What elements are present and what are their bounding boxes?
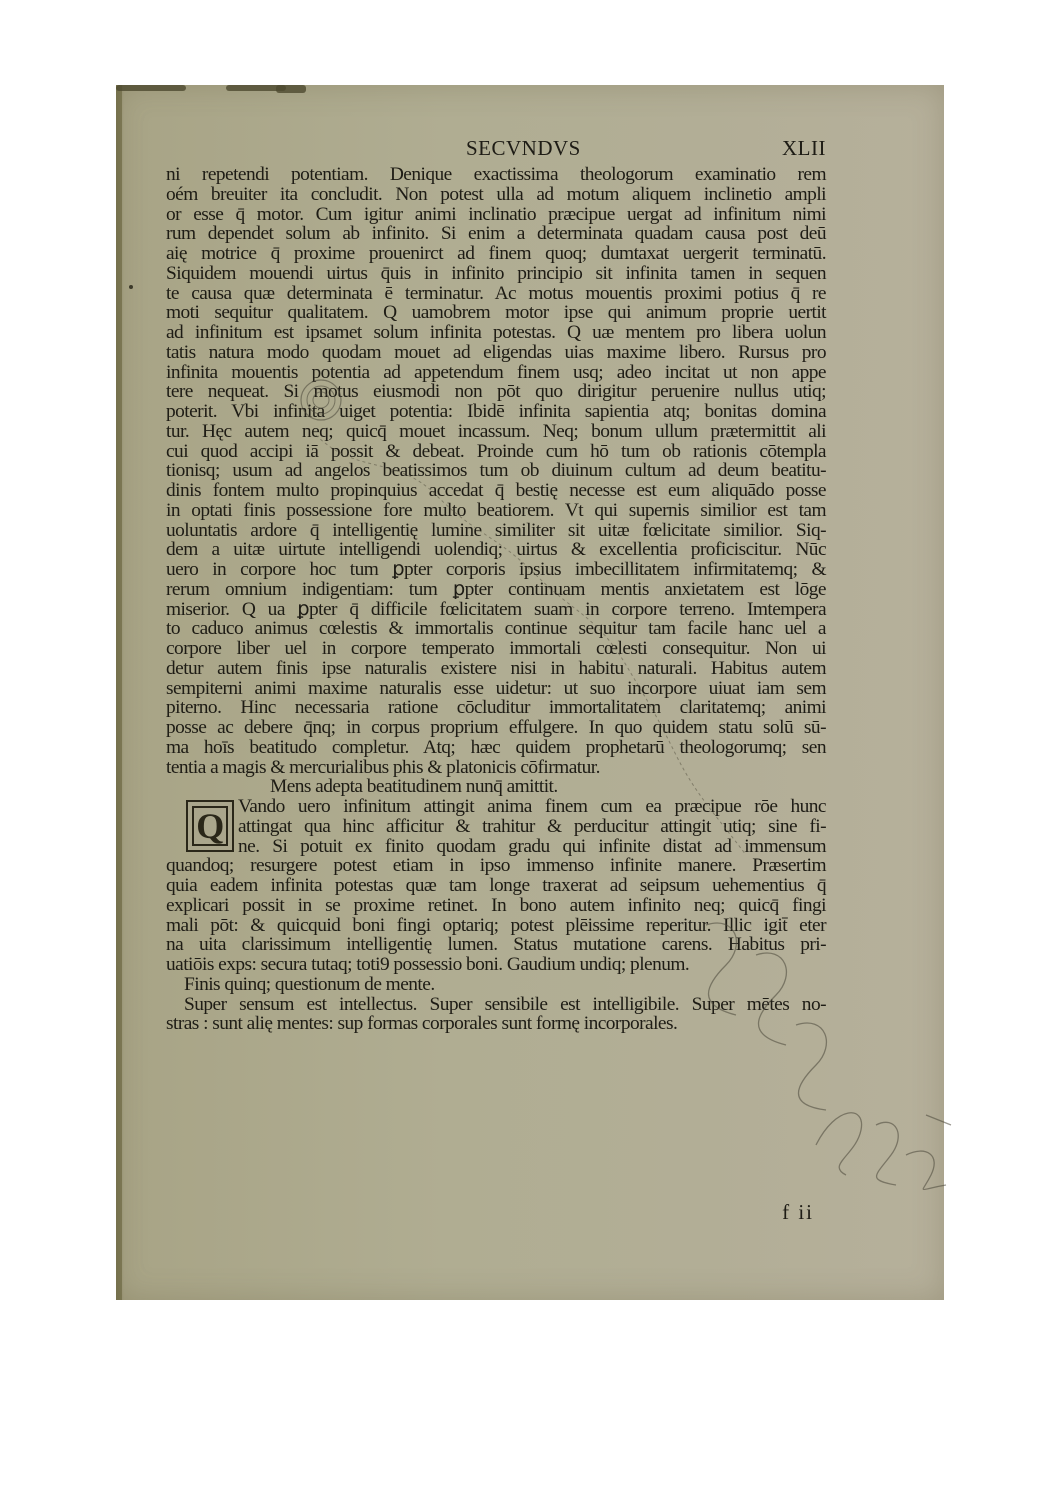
text-line: piterno. Hinc necessaria ratione cōcludi…	[166, 698, 826, 718]
text-line: ma hoīs beatitudo completur. Atq; hæc qu…	[166, 738, 826, 758]
text-line: aię motrice q̄ proxime prouenirct ad fin…	[166, 244, 826, 264]
text-line: rerum omnium indigentiam: tum ꝑpter cont…	[166, 580, 826, 600]
text-line: ne. Si potuit ex finito quodam gradu qui…	[166, 837, 826, 857]
scribble-annotation-icon	[806, 1085, 966, 1195]
text-line: to caduco animus cœlestis & immortalis c…	[166, 619, 826, 639]
text-line: uatiōis exps: secura tutaq; toti9 posses…	[166, 955, 826, 975]
text-line: or esse q̄ motor. Cum igitur animi incli…	[166, 205, 826, 225]
decorated-initial: Q	[186, 800, 234, 852]
binding-edge	[116, 85, 122, 1300]
text-line: explicari possit in se proxime retinet. …	[166, 896, 826, 916]
text-line: mali pōt: & quicquid boni fingi optariq;…	[166, 916, 826, 936]
text-line: dinis fontem multo propinquius accedat q…	[166, 481, 826, 501]
text-line: uero in corpore hoc tum ꝑpter corporis i…	[166, 560, 826, 580]
folio-number: XLII	[782, 139, 826, 159]
body-text: ni repetendi potentiam. Denique exactiss…	[166, 165, 826, 1034]
text-line: miserior. Q ua ꝑpter q̄ difficile fœlici…	[166, 600, 826, 620]
text-line: tatis natura modo quodam mouet ad eligen…	[166, 343, 826, 363]
text-line: Siquidem mouendi uirtus q̄uis in infinit…	[166, 264, 826, 284]
text-line: tur. Hęc autem neq; quicq̄ mouet incassu…	[166, 422, 826, 442]
text-line: ni repetendi potentiam. Denique exactiss…	[166, 165, 826, 185]
text-line: corpore liber uel in corpore temperato i…	[166, 639, 826, 659]
text-line: quia eadem infinita potestas quæ tam lon…	[166, 876, 826, 896]
text-line: ad infinitum est ipsamet solum infinita …	[166, 323, 826, 343]
text-line: moti sequitur qualitatem. Q uamobrem mot…	[166, 303, 826, 323]
text-line: uoluntatis ardore q̄ intelligentię lumin…	[166, 521, 826, 541]
margin-mark	[129, 285, 133, 289]
text-line: cui quod accipi iā possit & debeat. Proi…	[166, 442, 826, 462]
text-line: stras : sunt alię mentes: sup formas cor…	[166, 1014, 826, 1034]
text-line: Vando uero infinitum attingit anima fine…	[166, 797, 826, 817]
text-line: dem a uitæ uirtute intelligendi uolendiq…	[166, 540, 826, 560]
text-line: detur autem finis ipse naturalis exister…	[166, 659, 826, 679]
text-line: oém breuiter ita concludit. Non potest u…	[166, 185, 826, 205]
text-line: na uita clarissimum intelligentię lumen.…	[166, 935, 826, 955]
initial-frame: Q	[192, 806, 228, 846]
section-title: Mens adepta beatitudinem nunq̄ amittit.	[166, 777, 826, 797]
finis-line: Finis quinq; questionum de mente.	[166, 975, 826, 995]
text-line: poterit. Vbi infinita uiget potentia: Ib…	[166, 402, 826, 422]
text-line: in optati finis possessione fore multo b…	[166, 501, 826, 521]
text-line: tere nequeat. Si motus eiusmodi non pōt …	[166, 382, 826, 402]
initial-paragraph: Q Vando uero infinitum attingit anima fi…	[166, 797, 826, 856]
page-header: SECVNDVS XLII	[166, 139, 826, 163]
text-line: tentia a magis & mercurialibus phis & pl…	[166, 758, 826, 778]
text-line: infinita mouentis potentia ad appetendum…	[166, 363, 826, 383]
text-line: sempiterni animi maxime naturalis esse u…	[166, 679, 826, 699]
running-head: SECVNDVS	[466, 139, 581, 159]
signature-mark: f ii	[782, 1200, 814, 1225]
text-line: quandoq; resurgere potest etiam in ipso …	[166, 856, 826, 876]
text-line: te causa quæ determinata ē terminatur. A…	[166, 284, 826, 304]
text-line: tionisq; usum ad angelos beatissimos tum…	[166, 461, 826, 481]
text-line: posse ac debere q̄nq; in corpus proprium…	[166, 718, 826, 738]
text-line: rum dependet solum ab infinito. Si enim …	[166, 224, 826, 244]
initial-letter: Q	[196, 808, 223, 844]
text-line: Super sensum est intellectus. Super sens…	[166, 995, 826, 1015]
book-page: SECVNDVS XLII ni repetendi potentiam. De…	[116, 85, 944, 1300]
top-edge-bleedthrough	[116, 85, 944, 93]
text-line: attingat qua hinc afficitur & trahitur &…	[166, 817, 826, 837]
